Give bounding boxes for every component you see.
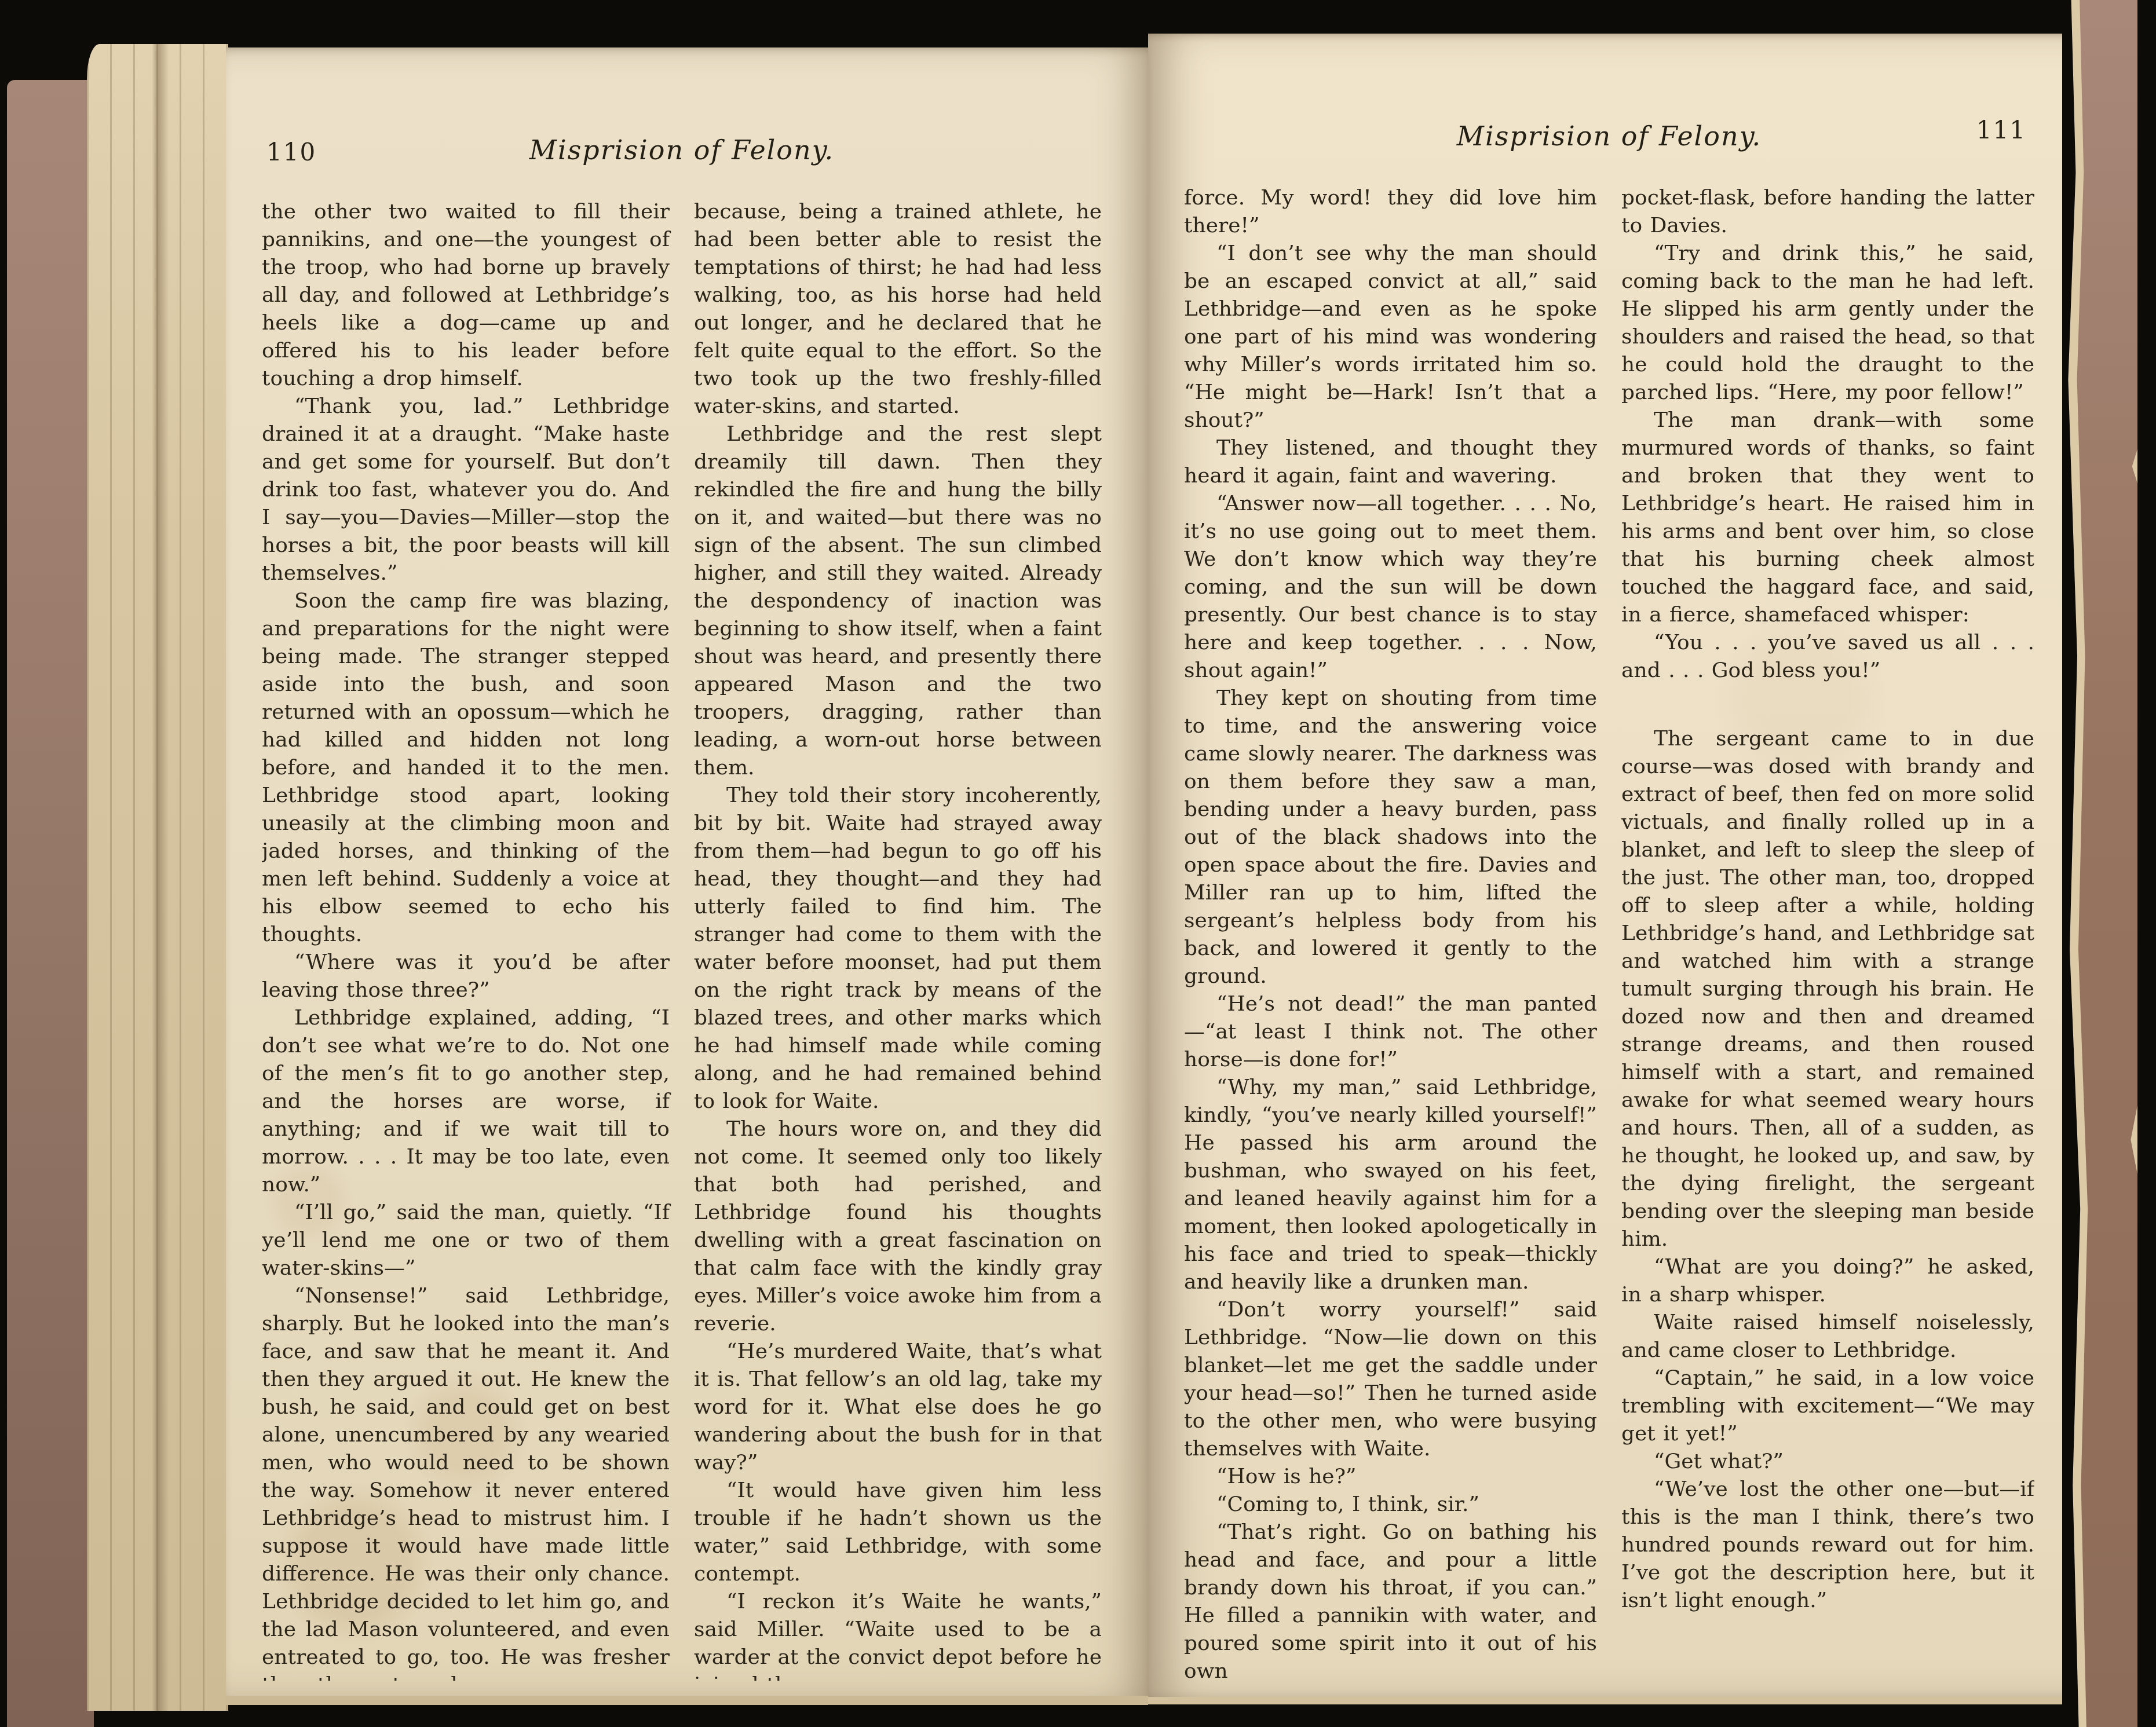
paragraph: The hours wore on, and they did not come… [694,1115,1102,1338]
paragraph: force. My word! they did love him there!… [1184,184,1597,240]
paragraph: “Why, my man,” said Lethbridge, kindly, … [1184,1074,1597,1296]
paragraph: pocket-flask, before handing the latter … [1621,184,2034,240]
page-111: Misprision of Felony. 111 force. My word… [1148,34,2081,1697]
paragraph: “How is he?” [1184,1463,1597,1491]
running-title: Misprision of Felony. [1184,120,2034,152]
page-110: 110 Misprision of Felony. the other two … [226,47,1148,1696]
paragraph: “Try and drink this,” he said, coming ba… [1621,240,2034,407]
text-column-1: the other two waited to fill their panni… [262,198,670,1681]
page-header: Misprision of Felony. 111 [1184,120,2034,184]
book-scan: 110 Misprision of Felony. the other two … [0,0,2156,1727]
paragraph: because, being a trained athlete, he had… [694,198,1102,420]
paragraph: Waite raised himself noiselessly, and ca… [1621,1309,2034,1364]
paragraph: “It would have given him less trouble if… [694,1477,1102,1588]
paragraph: “I don’t see why the man should be an es… [1184,240,1597,434]
paragraph: “Coming to, I think, sir.” [1184,1491,1597,1519]
paragraph: “That’s right. Go on bathing his head an… [1184,1519,1597,1678]
paragraph: “Get what?” [1621,1448,2034,1476]
paragraph: Soon the camp fire was blazing, and prep… [262,587,670,949]
paragraph: the other two waited to fill their panni… [262,198,670,393]
paragraph: The sergeant came to in due course—was d… [1621,725,2034,1253]
text-column-2: because, being a trained athlete, he had… [694,198,1102,1681]
paragraph: “Nonsense!” said Lethbridge, sharply. Bu… [262,1282,670,1681]
paragraph: “Thank you, lad.” Lethbridge drained it … [262,393,670,587]
paragraph: “We’ve lost the other one—but—if this is… [1621,1476,2034,1615]
page-number: 111 [1976,116,2026,144]
paragraph: They listened, and thought they heard it… [1184,434,1597,490]
paragraph: “Where was it you’d be after leaving tho… [262,949,670,1004]
text-column-1: force. My word! they did love him there!… [1184,184,1597,1678]
paragraph: “He’s not dead!” the man panted—“at leas… [1184,990,1597,1074]
paragraph: “Answer now—all together. . . . No, it’s… [1184,490,1597,685]
text-column-2: pocket-flask, before handing the latter … [1621,184,2034,1678]
text-columns: force. My word! they did love him there!… [1184,184,2034,1678]
paragraph: “I’ll go,” said the man, quietly. “If ye… [262,1199,670,1282]
page-header: 110 Misprision of Felony. [262,134,1102,198]
paragraph: “Captain,” he said, in a low voice tremb… [1621,1364,2034,1448]
paragraph: The man drank—with some murmured words o… [1621,407,2034,629]
text-columns: the other two waited to fill their panni… [262,198,1102,1681]
paragraph: “Don’t worry yourself!” said Lethbridge.… [1184,1296,1597,1463]
page-edge-stack [87,44,228,1711]
paragraph: “What are you doing?” he asked, in a sha… [1621,1253,2034,1309]
page-bottom-edge [1148,1697,2081,1704]
paragraph: They kept on shouting from time to time,… [1184,685,1597,990]
book-cover-edge-left [7,80,94,1727]
running-title: Misprision of Felony. [262,134,1102,166]
paragraph: “I reckon it’s Waite he wants,” said Mil… [694,1588,1102,1681]
paragraph: Lethbridge and the rest slept dreamily t… [694,420,1102,782]
paragraph: “He’s murdered Waite, that’s what it is.… [694,1338,1102,1477]
paragraph: They told their story incoherently, bit … [694,782,1102,1115]
paragraph: “You . . . you’ve saved us all . . . and… [1621,629,2034,685]
page-bottom-edge [226,1696,1148,1705]
paragraph: Lethbridge explained, adding, “I don’t s… [262,1004,670,1199]
torn-cover-edge-right [2062,0,2156,1727]
